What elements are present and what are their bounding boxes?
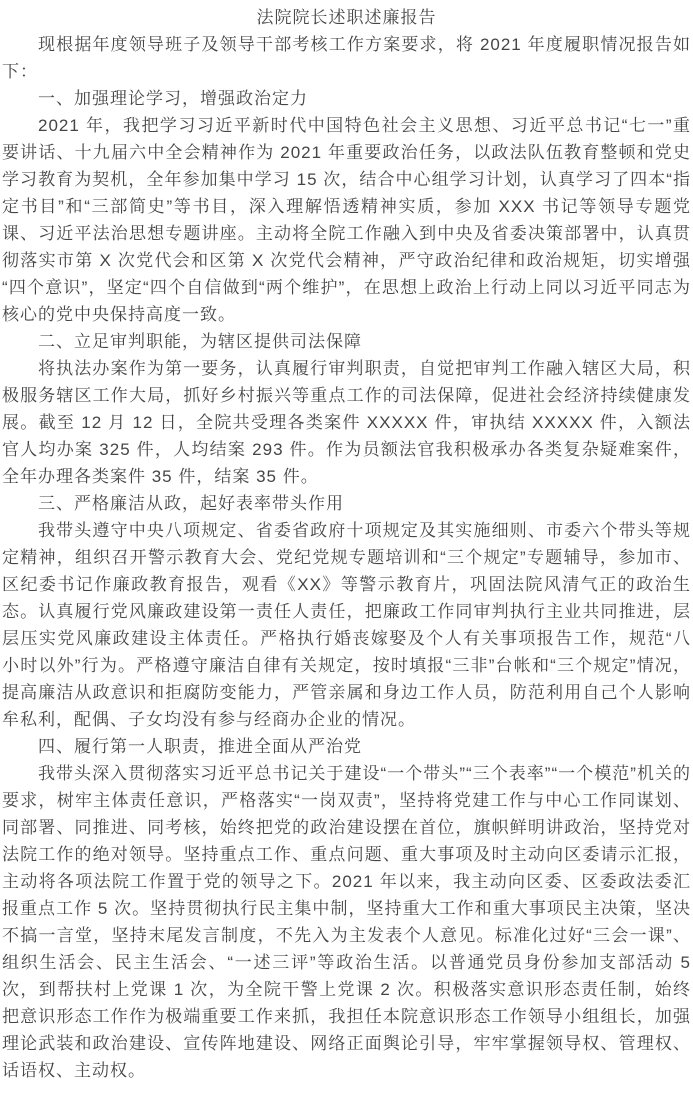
document-page: 法院院长述职述廉报告 现根据年度领导班子及领导干部考核工作方案要求，将 2021… [0, 0, 693, 1097]
section-heading: 一、加强理论学习，增强政治定力 [2, 85, 691, 112]
paragraph: 现根据年度领导班子及领导干部考核工作方案要求，将 2021 年度履职情况报告如下… [2, 31, 691, 85]
section-heading: 三、严格廉洁从政，起好表率带头作用 [2, 490, 691, 517]
document-body: 现根据年度领导班子及领导干部考核工作方案要求，将 2021 年度履职情况报告如下… [2, 31, 691, 1084]
paragraph: 我带头遵守中央八项规定、省委省政府十项规定及其实施细则、市委六个带头等规定精神，… [2, 517, 691, 733]
paragraph: 将执法办案作为第一要务，认真履行审判职责，自觉把审判工作融入辖区大局，积极服务辖… [2, 355, 691, 490]
paragraph: 2021 年，我把学习习近平新时代中国特色社会主义思想、习近平总书记“七一”重要… [2, 112, 691, 328]
paragraph: 我带头深入贯彻落实习近平总书记关于建设“一个带头”“三个表率”“一个模范”机关的… [2, 760, 691, 1084]
section-heading: 二、立足审判职能，为辖区提供司法保障 [2, 328, 691, 355]
section-heading: 四、履行第一人职责，推进全面从严治党 [2, 733, 691, 760]
document-title: 法院院长述职述廉报告 [2, 4, 691, 31]
